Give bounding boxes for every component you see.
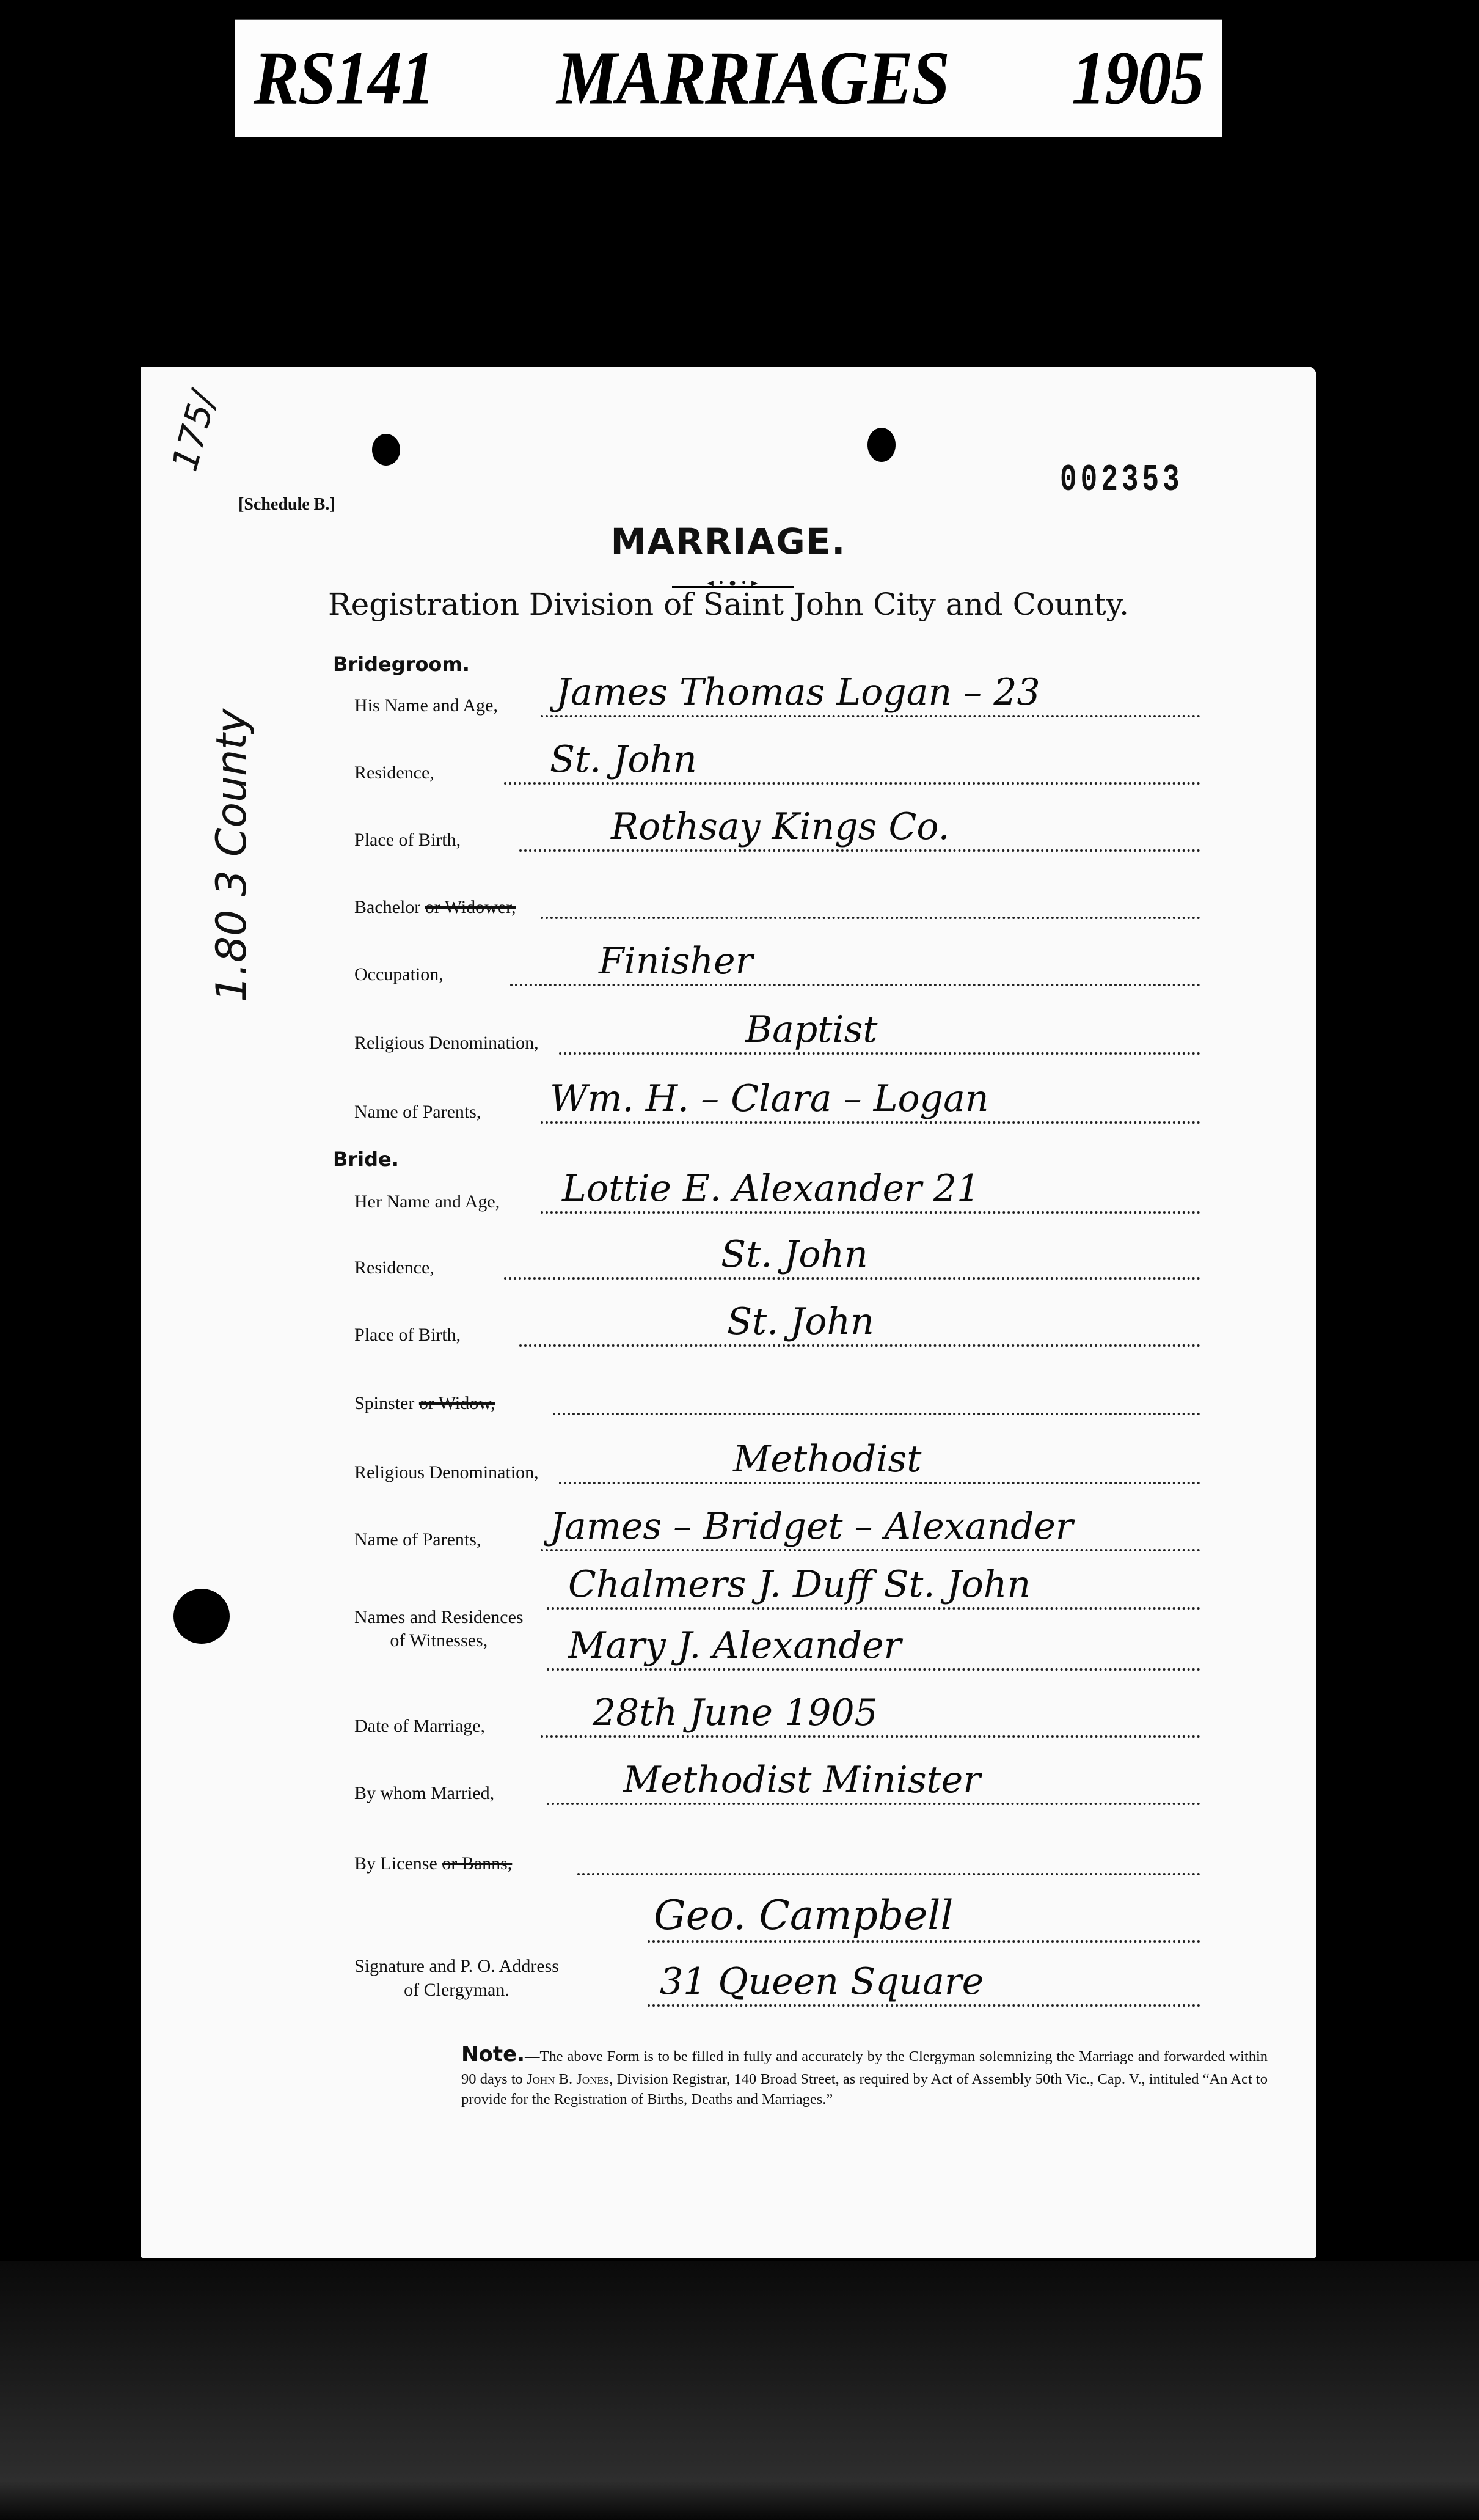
officiant-value[interactable]: Methodist Minister [623,1759,981,1801]
license-row: By License or Banns, [354,1842,1200,1879]
struck-option: or Widow, [419,1393,495,1413]
bride-birthplace-row: Place of Birth, St. John [354,1314,1200,1350]
bride-residence-value[interactable]: St. John [721,1233,868,1276]
clergyman-signature-row: Geo. Campbell [648,1910,1200,1946]
bride-marital-status-row: Spinster or Widow, [354,1382,1200,1419]
bride-name-age-value[interactable]: Lottie E. Alexander 21 [562,1167,980,1210]
field-label: Place of Birth, [354,1325,461,1346]
groom-name-age-row: His Name and Age, James Thomas Logan – 2… [354,684,1200,721]
witness-1-row: Chalmers J. Duff St. John [354,1577,1200,1613]
field-label: Occupation, [354,964,444,985]
series-code: RS141 [254,34,434,122]
serial-number: 002353 [1060,459,1183,502]
punch-hole [173,1589,230,1644]
field-label: Name of Parents, [354,1529,481,1550]
field-label: Religious Denomination, [354,1462,539,1483]
witness-1-value[interactable]: Chalmers J. Duff St. John [568,1563,1031,1606]
field-label: Bachelor or Widower, [354,897,516,918]
struck-option: or Banns, [442,1853,512,1874]
groom-residence-row: Residence, St. John [354,752,1200,788]
clergyman-address[interactable]: 31 Queen Square [660,1960,984,2003]
note-heading: Note. [461,2042,525,2067]
marriage-date-value[interactable]: 28th June 1905 [593,1691,878,1734]
form-title: MARRIAGE. [141,521,1316,562]
clergyman-label: Signature and P. O. Address of Clergyman… [354,1954,559,2002]
clergyman-address-row: 31 Queen Square [648,1974,1200,2010]
struck-option: or Widower, [425,897,516,917]
punch-hole [372,434,400,466]
groom-marital-status-row: Bachelor or Widower, [354,886,1200,923]
field-label: Spinster or Widow, [354,1393,495,1414]
groom-occupation-value[interactable]: Finisher [599,940,753,983]
marriage-date-row: Date of Marriage, 28th June 1905 [354,1705,1200,1742]
field-label: Name of Parents, [354,1102,481,1123]
record-year: 1905 [1072,34,1203,122]
schedule-label: [Schedule B.] [238,495,335,515]
registration-division: Registration Division of Saint John City… [141,587,1316,622]
margin-note-side: 1.80 3 County [208,709,256,1002]
officiant-row: By whom Married, Methodist Minister [354,1772,1200,1809]
field-label: Place of Birth, [354,830,461,851]
bride-name-age-row: Her Name and Age, Lottie E. Alexander 21 [354,1181,1200,1217]
form-instructions-note: Note.—The above Form is to be filled in … [461,2041,1268,2109]
clergyman-signature[interactable]: Geo. Campbell [654,1892,954,1939]
groom-birthplace-value[interactable]: Rothsay Kings Co. [611,805,950,848]
groom-birthplace-row: Place of Birth, Rothsay Kings Co. [354,819,1200,855]
field-label: Date of Marriage, [354,1716,485,1737]
punch-hole [867,428,896,462]
field-label: Her Name and Age, [354,1192,500,1212]
field-label: By License or Banns, [354,1853,512,1874]
bride-heading: Bride. [333,1148,399,1171]
field-label: Residence, [354,1258,434,1278]
groom-residence-value[interactable]: St. John [550,738,697,781]
field-label: Religious Denomination, [354,1033,539,1053]
groom-religion-value[interactable]: Baptist [745,1008,877,1051]
groom-religion-row: Religious Denomination, Baptist [354,1022,1200,1058]
microfilm-header-banner: RS141 MARRIAGES 1905 [235,20,1222,137]
groom-parents-value[interactable]: Wm. H. – Clara – Logan [550,1077,989,1120]
bridegroom-heading: Bridegroom. [333,653,470,676]
scanner-background [0,2261,1479,2520]
bride-parents-row: Name of Parents, James – Bridget – Alexa… [354,1518,1200,1555]
bride-birthplace-value[interactable]: St. John [727,1300,874,1343]
witness-2-row: Mary J. Alexander [354,1638,1200,1674]
bride-parents-value[interactable]: James – Bridget – Alexander [550,1505,1073,1548]
groom-parents-row: Name of Parents, Wm. H. – Clara – Logan [354,1091,1200,1127]
bride-religion-value[interactable]: Methodist [733,1438,921,1481]
bride-religion-row: Religious Denomination, Methodist [354,1451,1200,1488]
record-type: MARRIAGES [557,34,949,122]
groom-occupation-row: Occupation, Finisher [354,953,1200,990]
groom-name-age-value[interactable]: James Thomas Logan – 23 [556,671,1040,714]
field-label: By whom Married, [354,1783,494,1804]
field-label: His Name and Age, [354,695,498,716]
bride-residence-row: Residence, St. John [354,1247,1200,1283]
field-label: Residence, [354,763,434,783]
witness-2-value[interactable]: Mary J. Alexander [568,1624,901,1667]
registrar-name: John B. Jones [527,2071,609,2087]
